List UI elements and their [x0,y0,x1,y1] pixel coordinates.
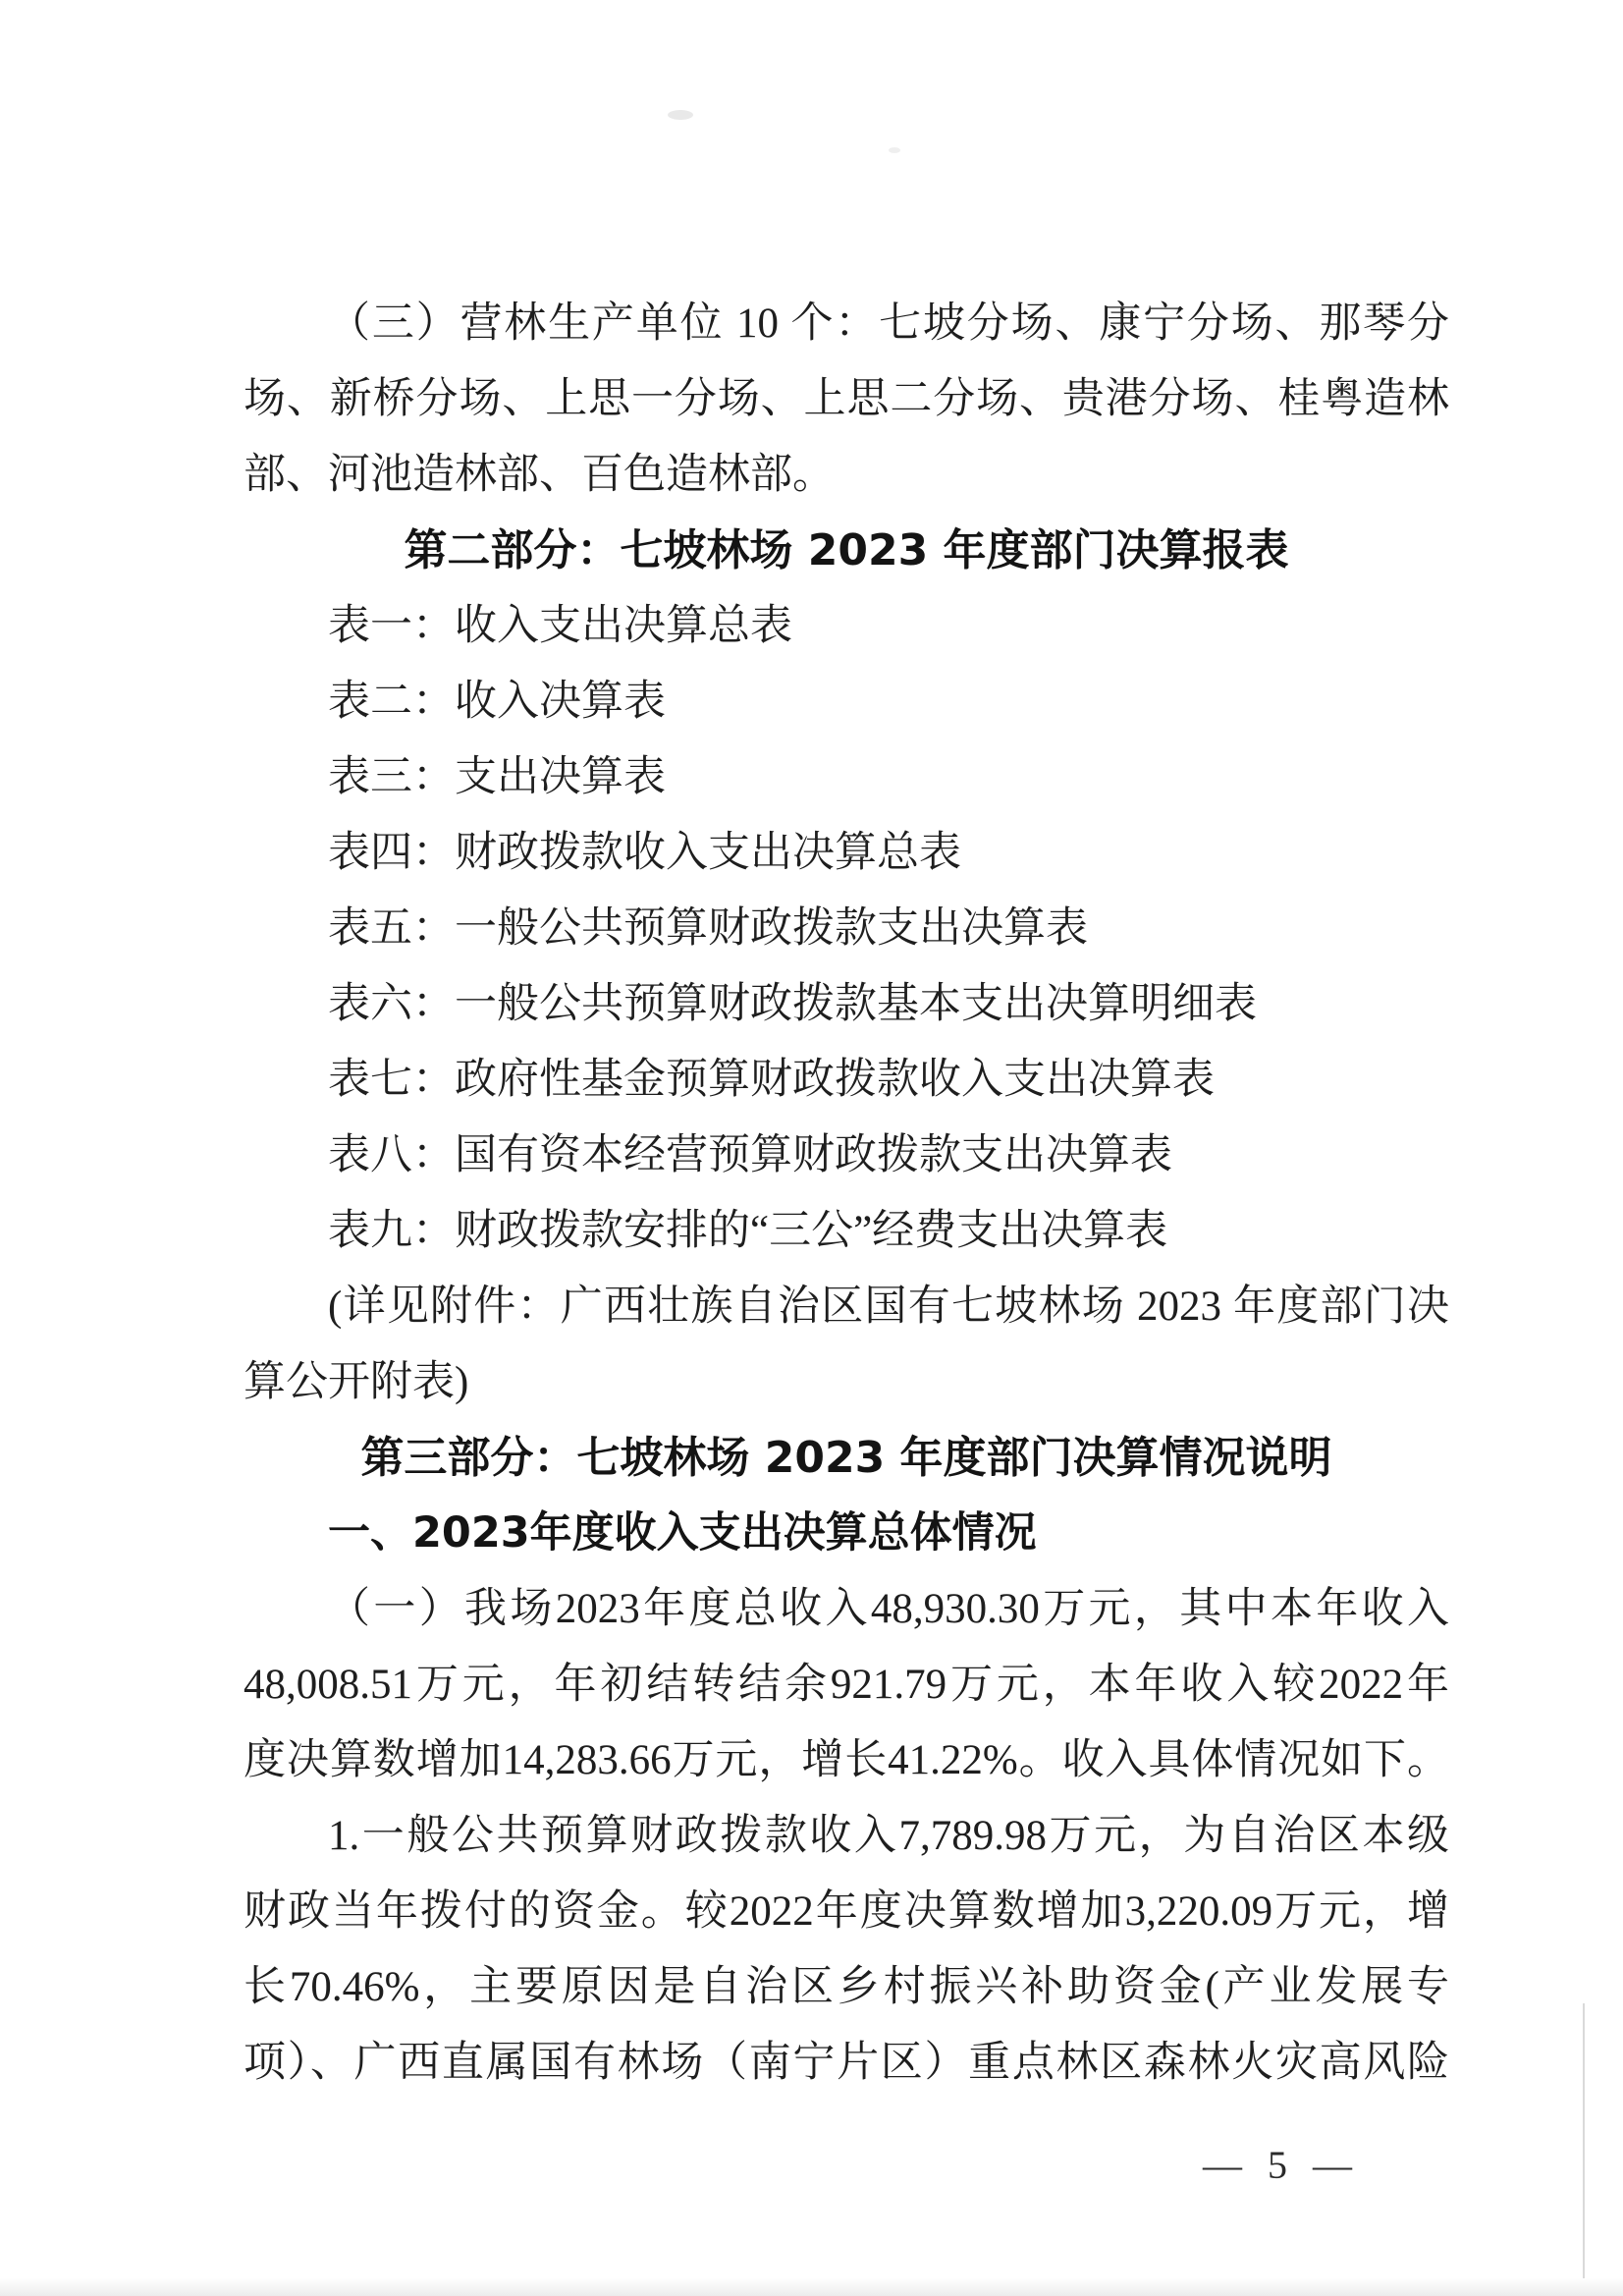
part2-heading: 第二部分：七坡林场 2023 年度部门决算报表 [243,513,1449,588]
document-page: （三）营林生产单位 10 个：七坡分场、康宁分场、那琴分 场、新桥分场、上思一分… [0,0,1623,2296]
table-list-item-2: 表二：收入决算表 [243,664,1449,739]
table-list-item-1: 表一：收入支出决算总表 [243,588,1449,664]
table-list-item-5: 表五：一般公共预算财政拨款支出决算表 [243,891,1449,966]
overview-paragraph-line-1: （一）我场2023年度总收入48,930.30万元，其中本年收入 [243,1571,1449,1647]
scan-artifact-speck [668,110,693,120]
income-paragraph-line-4: 项）、广西直属国有林场（南宁片区）重点林区森林火灾高风险 [243,2025,1449,2101]
org-units-paragraph-line-3: 部、河池造林部、百色造林部。 [243,437,1449,513]
org-units-paragraph-line-1: （三）营林生产单位 10 个：七坡分场、康宁分场、那琴分 [243,286,1449,361]
attachment-note-line-1: (详见附件：广西壮族自治区国有七坡林场 2023 年度部门决 [243,1269,1449,1344]
page-number: — 5 — [1139,2139,1424,2192]
table-list-item-4: 表四：财政拨款收入支出决算总表 [243,815,1449,891]
income-paragraph-line-3: 长70.46%，主要原因是自治区乡村振兴补助资金(产业发展专 [243,1949,1449,2025]
table-list-item-3: 表三：支出决算表 [243,739,1449,815]
income-paragraph-line-1: 1.一般公共预算财政拨款收入7,789.98万元，为自治区本级 [243,1798,1449,1874]
scan-artifact-vertical-line [1583,2003,1585,2296]
section1-heading: 一、2023年度收入支出决算总体情况 [243,1496,1449,1571]
part3-heading: 第三部分：七坡林场 2023 年度部门决算情况说明 [243,1420,1449,1496]
overview-paragraph-line-3: 度决算数增加14,283.66万元，增长41.22%。收入具体情况如下。 [243,1722,1449,1798]
table-list-item-7: 表七：政府性基金预算财政拨款收入支出决算表 [243,1042,1449,1118]
overview-paragraph-line-2: 48,008.51万元，年初结转结余921.79万元，本年收入较2022年 [243,1647,1449,1722]
org-units-paragraph-line-2: 场、新桥分场、上思一分场、上思二分场、贵港分场、桂粤造林 [243,361,1449,437]
scan-artifact-bottom-edge [0,2278,1623,2296]
income-paragraph-line-2: 财政当年拨付的资金。较2022年度决算数增加3,220.09万元，增 [243,1874,1449,1949]
scan-artifact-speck [889,147,900,153]
document-text-column: （三）营林生产单位 10 个：七坡分场、康宁分场、那琴分 场、新桥分场、上思一分… [243,286,1449,2101]
table-list-item-6: 表六：一般公共预算财政拨款基本支出决算明细表 [243,966,1449,1042]
table-list-item-8: 表八：国有资本经营预算财政拨款支出决算表 [243,1118,1449,1193]
table-list-item-9: 表九：财政拨款安排的“三公”经费支出决算表 [243,1193,1449,1269]
attachment-note-line-2: 算公开附表) [243,1344,1449,1420]
